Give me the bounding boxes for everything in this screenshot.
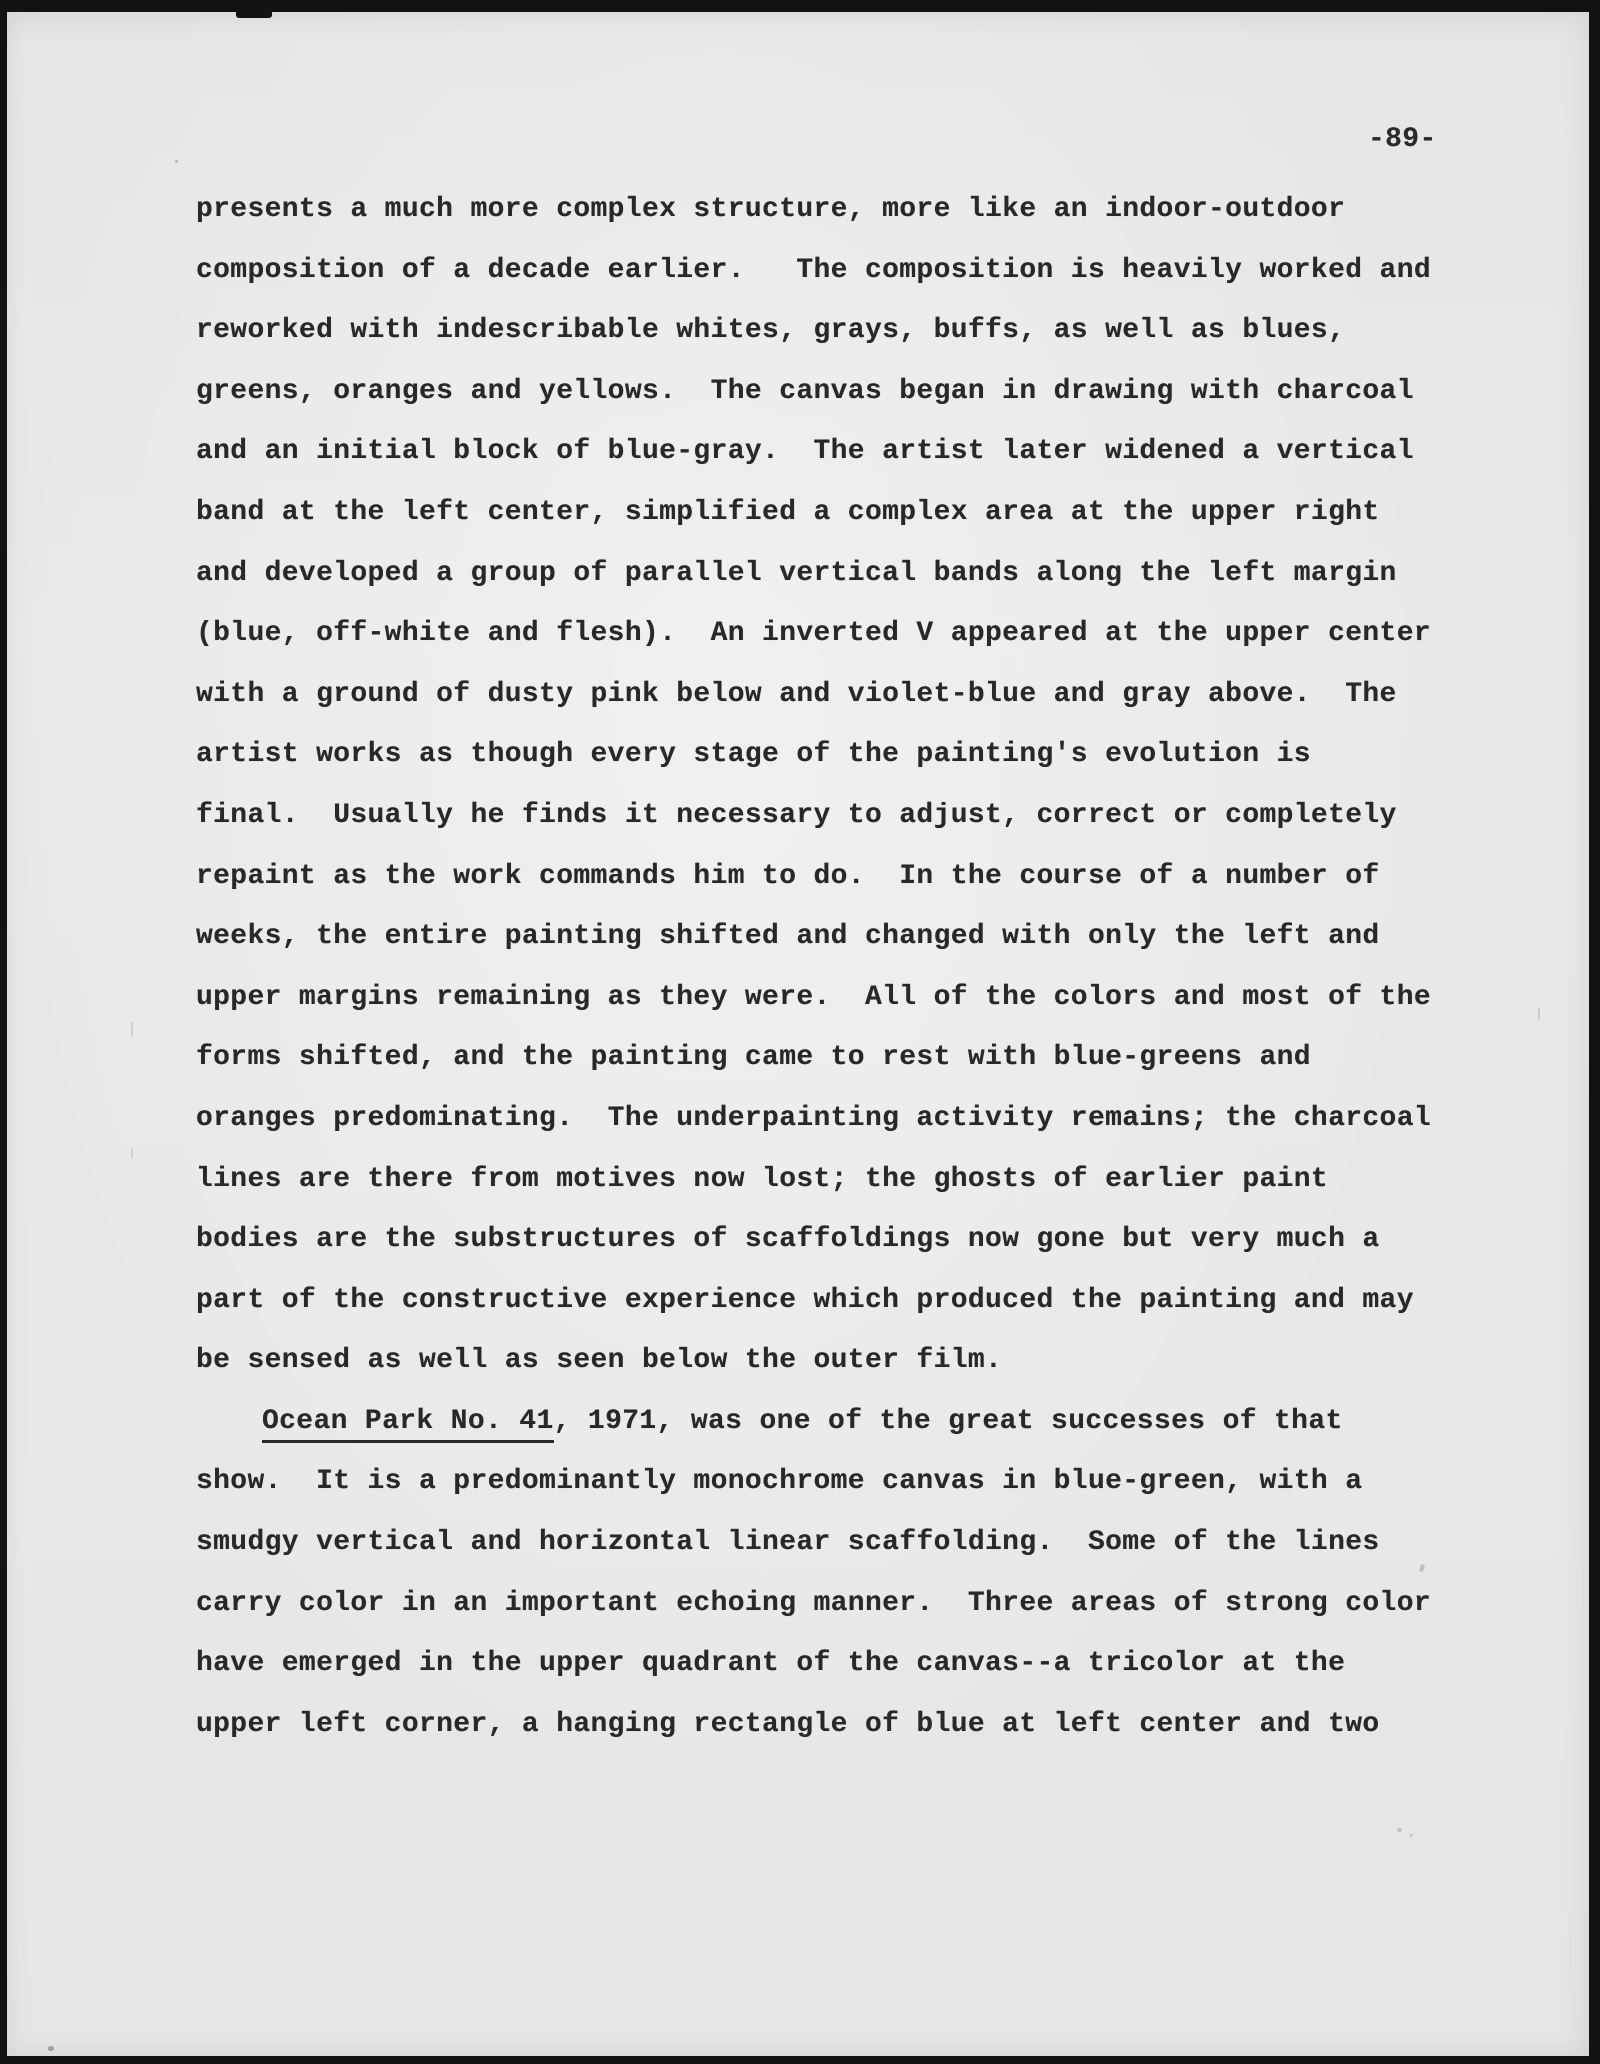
text-line: presents a much more complex structure, … <box>196 180 1486 241</box>
paper: -89- presents a much more complex struct… <box>7 12 1589 2056</box>
text-line: lines are there from motives now lost; t… <box>196 1150 1486 1211</box>
scan-artifact <box>1410 1834 1413 1837</box>
text-line: composition of a decade earlier. The com… <box>196 241 1486 302</box>
text-line: with a ground of dusty pink below and vi… <box>196 665 1486 726</box>
scan-artifact <box>131 1148 133 1159</box>
text-line: forms shifted, and the painting came to … <box>196 1028 1486 1089</box>
text-line: be sensed as well as seen below the oute… <box>196 1331 1486 1392</box>
scan-artifact <box>1397 1828 1402 1832</box>
scan-artifact <box>175 160 178 163</box>
text-line: band at the left center, simplified a co… <box>196 483 1486 544</box>
scan-edge-notch <box>236 12 272 18</box>
text-line: (blue, off-white and flesh). An inverted… <box>196 604 1486 665</box>
text-line: Ocean Park No. 41, 1971, was one of the … <box>196 1392 1486 1453</box>
text-line: carry color in an important echoing mann… <box>196 1574 1486 1635</box>
text-line: repaint as the work commands him to do. … <box>196 847 1486 908</box>
scanned-page: -89- presents a much more complex struct… <box>0 0 1600 2064</box>
text-line: greens, oranges and yellows. The canvas … <box>196 362 1486 423</box>
scan-artifact <box>1538 1007 1540 1020</box>
body-text: presents a much more complex structure, … <box>196 180 1486 1755</box>
underlined-title: Ocean Park No. 41 <box>262 1406 554 1443</box>
text-line: final. Usually he finds it necessary to … <box>196 786 1486 847</box>
text-line: upper left corner, a hanging rectangle o… <box>196 1695 1486 1756</box>
page-number: -89- <box>1368 124 1437 155</box>
text-line: oranges predominating. The underpainting… <box>196 1089 1486 1150</box>
text-line: artist works as though every stage of th… <box>196 725 1486 786</box>
text-line: and developed a group of parallel vertic… <box>196 544 1486 605</box>
text-line: bodies are the substructures of scaffold… <box>196 1210 1486 1271</box>
text-line: have emerged in the upper quadrant of th… <box>196 1634 1486 1695</box>
text-line: and an initial block of blue-gray. The a… <box>196 422 1486 483</box>
scan-artifact <box>48 2046 54 2051</box>
text-line: smudgy vertical and horizontal linear sc… <box>196 1513 1486 1574</box>
text-line: part of the constructive experience whic… <box>196 1271 1486 1332</box>
text-line: weeks, the entire painting shifted and c… <box>196 907 1486 968</box>
text-line: show. It is a predominantly monochrome c… <box>196 1452 1486 1513</box>
text-line: upper margins remaining as they were. Al… <box>196 968 1486 1029</box>
scan-artifact <box>131 1022 133 1037</box>
text-line: reworked with indescribable whites, gray… <box>196 301 1486 362</box>
